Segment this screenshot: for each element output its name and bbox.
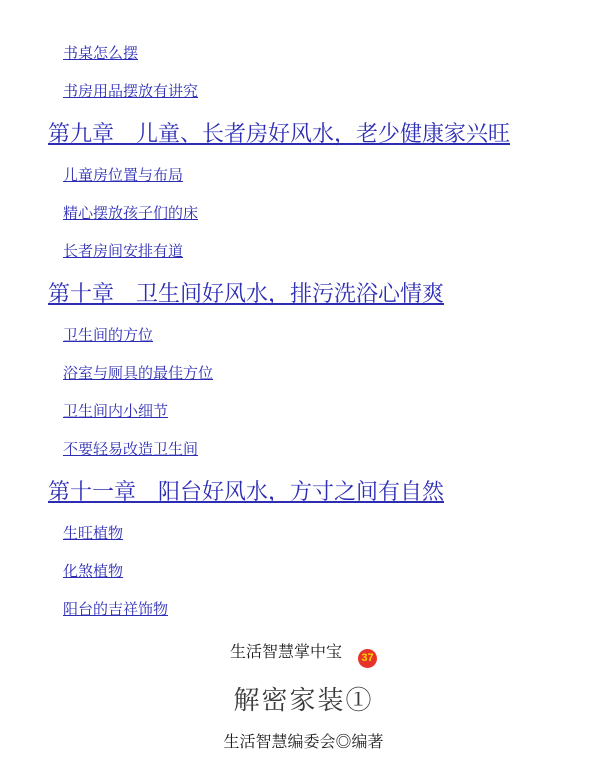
toc-item-link[interactable]: 阳台的吉祥饰物 [63, 602, 587, 618]
toc-item-link[interactable]: 儿童房位置与布局 [63, 168, 587, 184]
toc-chapter-link[interactable]: 第十一章 阳台好风水，方寸之间有自然 [48, 480, 587, 504]
toc-item-link[interactable]: 书桌怎么摆 [63, 46, 587, 62]
book-title: 解密家装① [0, 686, 607, 716]
table-of-contents: 书桌怎么摆书房用品摆放有讲究第九章 儿童、长者房好风水，老少健康家兴旺儿童房位置… [0, 0, 607, 641]
toc-item-link[interactable]: 书房用品摆放有讲究 [63, 84, 587, 100]
ebook-toc-page: 书桌怎么摆书房用品摆放有讲究第九章 儿童、长者房好风水，老少健康家兴旺儿童房位置… [0, 0, 607, 752]
toc-item-link[interactable]: 长者房间安排有道 [63, 244, 587, 260]
book-footer: 生活智慧掌中宝37 解密家装① 生活智慧编委会◎编著 [0, 643, 607, 752]
author-byline: 生活智慧编委会◎编著 [0, 734, 607, 752]
toc-chapter-link[interactable]: 第十章 卫生间好风水，排污洗浴心情爽 [48, 282, 587, 306]
toc-item-link[interactable]: 卫生间的方位 [63, 328, 587, 344]
volume-number-badge: 37 [358, 649, 377, 668]
toc-chapter-link[interactable]: 第九章 儿童、长者房好风水，老少健康家兴旺 [48, 122, 587, 146]
toc-item-link[interactable]: 浴室与厕具的最佳方位 [63, 366, 587, 382]
toc-item-link[interactable]: 生旺植物 [63, 526, 587, 542]
toc-item-link[interactable]: 不要轻易改造卫生间 [63, 442, 587, 458]
toc-item-link[interactable]: 精心摆放孩子们的床 [63, 206, 587, 222]
series-title: 生活智慧掌中宝 [230, 644, 342, 661]
series-title-line: 生活智慧掌中宝37 [0, 643, 607, 668]
toc-item-link[interactable]: 卫生间内小细节 [63, 404, 587, 420]
toc-item-link[interactable]: 化煞植物 [63, 564, 587, 580]
